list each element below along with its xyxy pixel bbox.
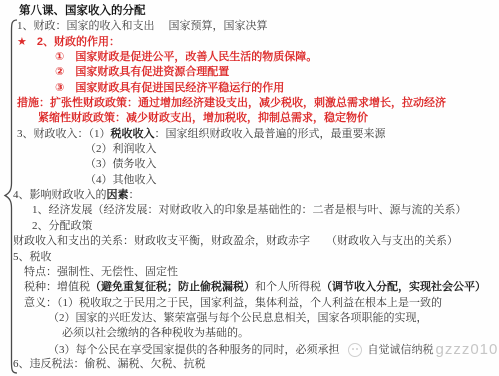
line-revenue-tax: 3、财政收入：（1）税收收入：国家组织财政收入最普遍的形式，最重要来源	[0, 127, 499, 142]
tax-kind-mid-text: 和个人所得税	[255, 281, 321, 293]
line-tax-title: 5、税收	[0, 250, 499, 265]
line-tax-kinds: 税种：增值税（避免重复征税；防止偷税漏税）和个人所得税（调节收入分配，实现社会公…	[0, 280, 499, 295]
line-measure-expansionary: 措施：扩张性财政政策：通过增加经济建设支出，减少税收，刺激总需求增长，拉动经济	[0, 96, 499, 111]
watermark: gzzz010	[436, 341, 499, 358]
line-measure-contractionary: 紧缩性财政政策：减少财政支出，增加税收，抑制总需求，稳定物价	[0, 111, 499, 126]
revenue-bold-text: 税收收入	[111, 128, 155, 140]
factors-pre-text: 4、影响财政收入的	[13, 189, 107, 201]
line-factors-title: 4、影响财政收入的因素：	[0, 188, 499, 203]
line-revenue-debt: （3）债务收入	[0, 157, 499, 172]
relation-note-text: （财政收入与支出的关系）	[326, 235, 458, 247]
line-role-3: ③ 国家财政具有促进国民经济平稳运行的作用	[0, 81, 499, 96]
line-revenue-profit: （2）利润收入	[0, 142, 499, 157]
notes-content: 第八课、国家收入的分配 1、财政：国家的收入和支出国家预算，国家决算 ★2、财政…	[0, 4, 499, 372]
notes-page: 第八课、国家收入的分配 1、财政：国家的收入和支出国家预算，国家决算 ★2、财政…	[0, 0, 499, 376]
line-factor-policy: 2、分配政策	[0, 219, 499, 234]
finance-def-text2: 国家预算，国家决算	[169, 20, 268, 32]
line-role-1: ① 国家财政是促进公平，改善人民生活的物质保障。	[0, 50, 499, 65]
line-finance-definition: 1、财政：国家的收入和支出国家预算，国家决算	[0, 19, 499, 34]
watermark-logo-icon	[348, 343, 362, 357]
factors-bold-text: 因素	[107, 189, 129, 201]
line-meaning-2b: 必须以社会缴纳的各种税收为基础的。	[0, 326, 499, 341]
line-factor-economy: 1、经济发展（经济发展：对财政收入的印象是基础性的：二者是根与叶、源与流的关系）	[0, 203, 499, 218]
line-meaning-1: 意义：（1）税收取之于民用之于民，国家利益，集体利益，个人利益在根本上是一致的	[0, 296, 499, 311]
tax-kind-income-note: （调节收入分配，实现社会公平）	[321, 281, 486, 293]
finance-def-text: 1、财政：国家的收入和支出	[17, 20, 155, 32]
line-meaning-3: （3）每个公民在享受国家提供的各种服务的同时，必须承担自觉诚信纳税gzzz010	[0, 342, 499, 357]
line-revenue-expense-relation: 财政收入和支出的关系：财政收支平衡，财政盈余，财政赤字（财政收入与支出的关系）	[0, 234, 499, 249]
tax-kind-vat-note: （避免重复征税；防止偷税漏税）	[90, 281, 255, 293]
revenue-post-text: ：国家组织财政收入最普遍的形式，最重要来源	[155, 128, 386, 140]
line-meaning-2a: （2）国家的兴旺发达、繁荣富强与每个公民息息相关，国家各项职能的实现，	[0, 311, 499, 326]
star-icon: ★	[17, 36, 27, 48]
factors-post-text: ：	[129, 189, 140, 201]
relation-text: 财政收入和支出的关系：财政收支平衡，财政盈余，财政赤字	[13, 235, 310, 247]
role-title-text: 2、财政的作用：	[37, 36, 120, 48]
meaning-3-text: （3）每个公民在享受国家提供的各种服务的同时，必须承担	[48, 344, 340, 356]
line-tax-traits: 特点：强制性、无偿性、固定性	[0, 265, 499, 280]
tax-kind-pre-text: 税种：增值税	[24, 281, 90, 293]
line-role-2: ② 国家财政具有促进资源合理配置	[0, 65, 499, 80]
meaning-3-end-text: 自觉诚信纳税	[368, 344, 434, 356]
line-role-title: ★2、财政的作用：	[0, 35, 499, 50]
line-revenue-other: （4）其他收入	[0, 173, 499, 188]
line-violations: 6、违反税法：偷税、漏税、欠税、抗税	[0, 357, 499, 372]
revenue-pre-text: 3、财政收入：（1）	[17, 128, 111, 140]
page-title: 第八课、国家收入的分配	[0, 4, 499, 19]
